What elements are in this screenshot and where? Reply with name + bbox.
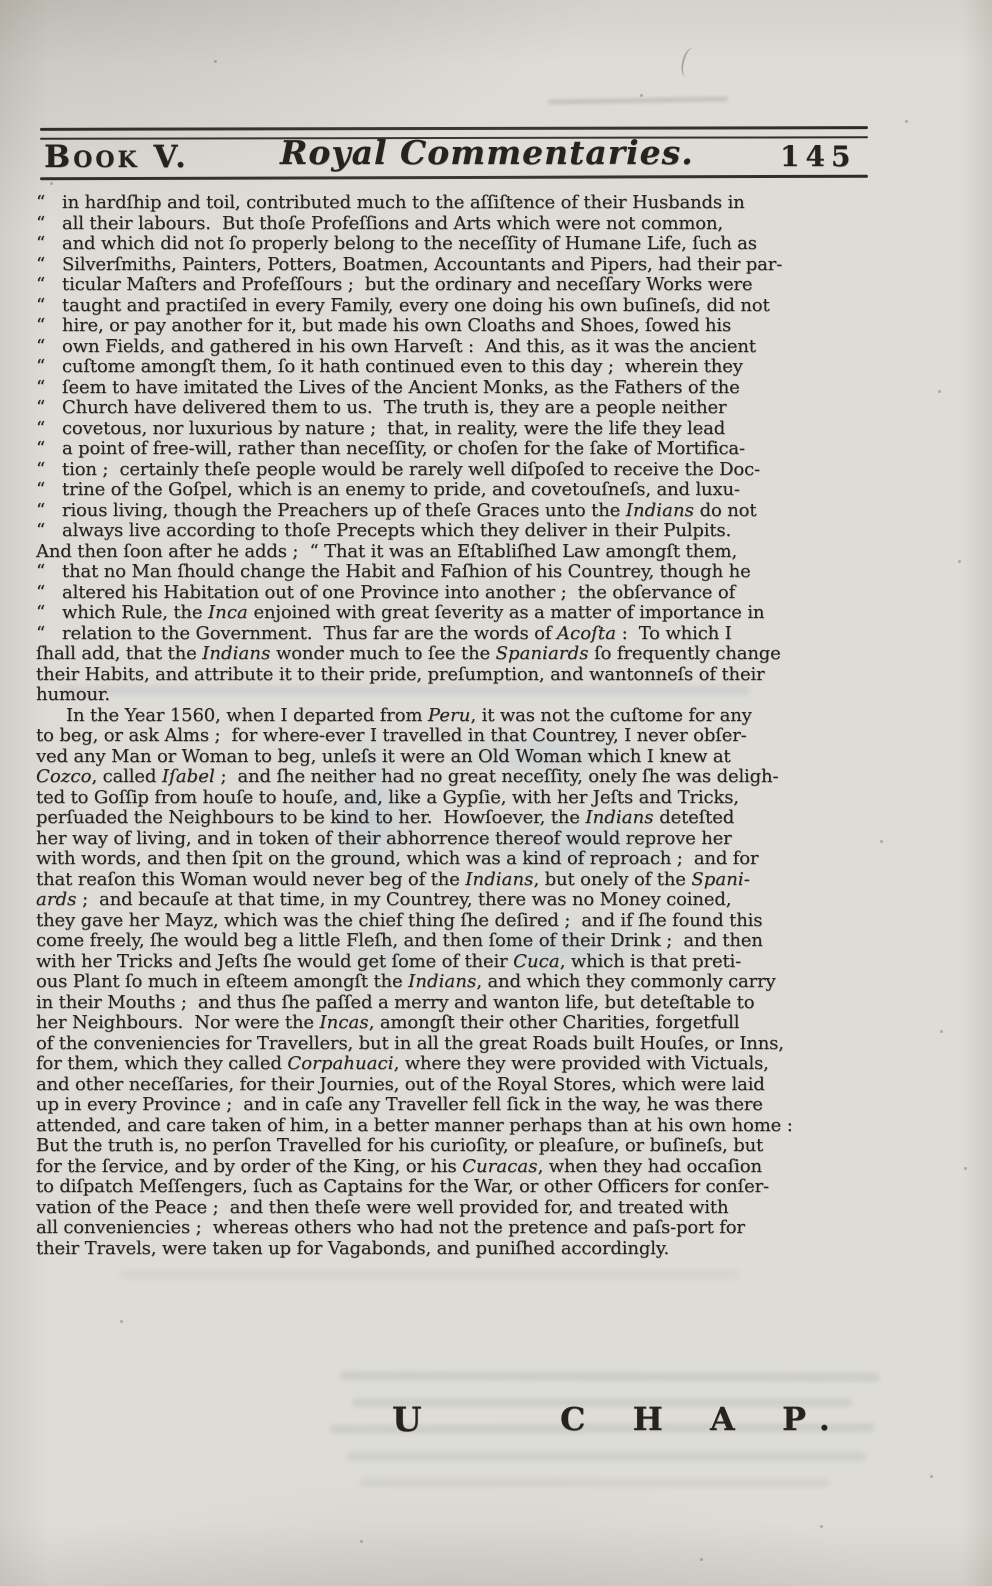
text-line: ted to Goſſip from houſe to houſe, and, … <box>36 788 806 809</box>
text-line: ſhall add, that the Indians wonder much … <box>36 644 806 665</box>
quote-mark: “ <box>36 255 62 276</box>
bleedthrough-line <box>346 1452 866 1461</box>
line-text: their Travels, were taken up for Vagabon… <box>36 1238 669 1259</box>
line-text: to beg, or ask Alms ; for where-ever I t… <box>36 725 747 746</box>
text-line: But the truth is, no perſon Travelled fo… <box>36 1136 806 1157</box>
text-line: that reaſon this Woman would never beg o… <box>36 870 806 891</box>
page-number: 145 <box>780 140 856 173</box>
line-text: altered his Habitation out of one Provin… <box>62 582 735 603</box>
line-text: with her Tricks and Jeſts ſhe would get … <box>36 951 741 972</box>
paper-speck <box>214 60 217 63</box>
line-text: her Neighbours. Nor were the Incas, amon… <box>36 1012 739 1033</box>
quote-mark: “ <box>36 214 62 235</box>
line-text: that reaſon this Woman would never beg o… <box>36 869 750 890</box>
line-text: ous Plant ſo much in eſteem amongſt the … <box>36 971 776 992</box>
quote-mark: “ <box>36 624 62 645</box>
quote-mark: “ <box>36 275 62 296</box>
paper-speck <box>930 1475 933 1478</box>
text-line: “that no Man ſhould change the Habit and… <box>36 562 806 583</box>
text-line: “hire, or pay another for it, but made h… <box>36 316 806 337</box>
text-line: “Silverſmiths, Painters, Potters, Boatme… <box>36 255 806 276</box>
line-text: in hardſhip and toil, contributed much t… <box>62 192 745 213</box>
text-line: to beg, or ask Alms ; for where-ever I t… <box>36 726 806 747</box>
bleedthrough-line <box>360 1478 830 1487</box>
line-text: ſeem to have imitated the Lives of the A… <box>62 377 740 398</box>
running-title: Royal Commentaries. <box>280 133 694 172</box>
text-line: humour. <box>36 685 806 706</box>
line-text: ards ; and becauſe at that time, in my C… <box>36 889 731 910</box>
paper-speck <box>880 840 883 843</box>
text-line: to diſpatch Meſſengers, ſuch as Captains… <box>36 1177 806 1198</box>
line-text: ted to Goſſip from houſe to houſe, and, … <box>36 787 739 808</box>
paper-speck <box>958 560 961 563</box>
line-text: for the ſervice, and by order of the Kin… <box>36 1156 762 1177</box>
text-line: “relation to the Government. Thus far ar… <box>36 624 806 645</box>
line-text: that no Man ſhould change the Habit and … <box>62 561 751 582</box>
pen-mark <box>679 46 704 79</box>
quote-mark: “ <box>36 501 62 522</box>
quote-mark: “ <box>36 193 62 214</box>
line-text: with words, and then ſpit on the ground,… <box>36 848 758 869</box>
line-text: and which did not ſo properly belong to … <box>62 233 757 254</box>
text-line: their Habits, and attribute it to their … <box>36 665 806 686</box>
text-line: up in every Province ; and in caſe any T… <box>36 1095 806 1116</box>
paper-speck <box>50 182 53 185</box>
line-text: cuſtome amongſt them, ſo it hath continu… <box>62 356 743 377</box>
text-line: come freely, ſhe would beg a little Fleſ… <box>36 931 806 952</box>
text-line: “taught and practiſed in every Family, e… <box>36 296 806 317</box>
text-line: In the Year 1560, when I departed from P… <box>36 706 806 727</box>
bleedthrough-line <box>340 1371 880 1382</box>
text-line: “altered his Habitation out of one Provi… <box>36 583 806 604</box>
text-line: and other neceſſaries, for their Journie… <box>36 1075 806 1096</box>
line-text: In the Year 1560, when I departed from P… <box>66 705 752 726</box>
line-text: a point of free-will, rather than neceſſ… <box>62 438 745 459</box>
quote-mark: “ <box>36 398 62 419</box>
line-text: their Habits, and attribute it to their … <box>36 664 765 685</box>
line-text: humour. <box>36 684 110 705</box>
line-text: taught and practiſed in every Family, ev… <box>62 295 770 316</box>
quote-mark: “ <box>36 460 62 481</box>
line-text: attended, and care taken of him, in a be… <box>36 1115 793 1136</box>
text-line: “own Fields, and gathered in his own Har… <box>36 337 806 358</box>
text-line: attended, and care taken of him, in a be… <box>36 1116 806 1137</box>
line-text: ved any Man or Woman to beg, unleſs it w… <box>36 746 731 767</box>
quote-mark: “ <box>36 337 62 358</box>
signature-mark: U <box>392 1400 422 1440</box>
line-text: Cozco, called Iſabel ; and ſhe neither h… <box>36 766 778 787</box>
line-text: covetous, nor luxurious by nature ; that… <box>62 418 725 439</box>
text-line: ved any Man or Woman to beg, unleſs it w… <box>36 747 806 768</box>
line-text: rious living, though the Preachers up of… <box>62 500 756 521</box>
quote-mark: “ <box>36 357 62 378</box>
line-text: own Fields, and gathered in his own Harv… <box>62 336 756 357</box>
line-text: they gave her Mayz, which was the chief … <box>36 910 762 931</box>
header-rule-bottom <box>40 175 868 181</box>
line-text: trine of the Goſpel, which is an enemy t… <box>62 479 740 500</box>
line-text: which Rule, the Inca enjoined with great… <box>62 602 764 623</box>
line-text: And then ſoon after he adds ; “ That it … <box>36 541 737 562</box>
paper-speck <box>640 94 643 97</box>
text-line: “cuſtome amongſt them, ſo it hath contin… <box>36 357 806 378</box>
text-line: “all their labours. But thoſe Profeſſion… <box>36 214 806 235</box>
text-line: “trine of the Goſpel, which is an enemy … <box>36 480 806 501</box>
text-line: with words, and then ſpit on the ground,… <box>36 849 806 870</box>
quote-mark: “ <box>36 521 62 542</box>
bleedthrough-line <box>120 1270 740 1279</box>
line-text: Silverſmiths, Painters, Potters, Boatmen… <box>62 254 782 275</box>
quote-mark: “ <box>36 234 62 255</box>
paper-speck <box>938 390 941 393</box>
line-text: vation of the Peace ; and then theſe wer… <box>36 1197 728 1218</box>
text-line: her way of living, and in token of their… <box>36 829 806 850</box>
text-line: for the ſervice, and by order of the Kin… <box>36 1157 806 1178</box>
line-text: her way of living, and in token of their… <box>36 828 732 849</box>
text-line: of the conveniencies for Travellers, but… <box>36 1034 806 1055</box>
text-line: “Church have delivered them to us. The t… <box>36 398 806 419</box>
line-text: in their Mouths ; and thus ſhe paſſed a … <box>36 992 754 1013</box>
quote-mark: “ <box>36 378 62 399</box>
text-line: ards ; and becauſe at that time, in my C… <box>36 890 806 911</box>
paper-speck <box>700 1558 703 1561</box>
line-text: ſhall add, that the Indians wonder much … <box>36 643 781 664</box>
text-line: And then ſoon after he adds ; “ That it … <box>36 542 806 563</box>
line-text: tion ; certainly theſe people would be r… <box>62 459 760 480</box>
line-text: for them, which they called Corpahuaci, … <box>36 1053 769 1074</box>
line-text: ticular Maſters and Profeſſours ; but th… <box>62 274 752 295</box>
text-line: for them, which they called Corpahuaci, … <box>36 1054 806 1075</box>
line-text: of the conveniencies for Travellers, but… <box>36 1033 784 1054</box>
quote-mark: “ <box>36 419 62 440</box>
text-line: “always live according to thoſe Precepts… <box>36 521 806 542</box>
line-text: relation to the Government. Thus far are… <box>62 623 732 644</box>
quote-mark: “ <box>36 316 62 337</box>
line-text: always live according to thoſe Precepts … <box>62 520 731 541</box>
line-text: come freely, ſhe would beg a little Fleſ… <box>36 930 763 951</box>
text-line: “ticular Maſters and Profeſſours ; but t… <box>36 275 806 296</box>
text-line: “a point of free-will, rather than neceſ… <box>36 439 806 460</box>
line-text: and other neceſſaries, for their Journie… <box>36 1074 765 1095</box>
line-text: But the truth is, no perſon Travelled fo… <box>36 1135 763 1156</box>
line-text: to diſpatch Meſſengers, ſuch as Captains… <box>36 1176 769 1197</box>
quote-mark: “ <box>36 439 62 460</box>
line-text: Church have delivered them to us. The tr… <box>62 397 726 418</box>
paper-speck <box>964 1167 967 1170</box>
body-text: “in hardſhip and toil, contributed much … <box>36 193 806 1259</box>
text-line: “ſeem to have imitated the Lives of the … <box>36 378 806 399</box>
paper-speck <box>360 1540 363 1543</box>
header-rule-top-outer <box>40 126 868 131</box>
text-line: perſuaded the Neighbours to be kind to h… <box>36 808 806 829</box>
text-line: her Neighbours. Nor were the Incas, amon… <box>36 1013 806 1034</box>
line-text: perſuaded the Neighbours to be kind to h… <box>36 807 734 828</box>
text-line: “which Rule, the Inca enjoined with grea… <box>36 603 806 624</box>
quote-mark: “ <box>36 480 62 501</box>
text-line: in their Mouths ; and thus ſhe paſſed a … <box>36 993 806 1014</box>
text-line: “covetous, nor luxurious by nature ; tha… <box>36 419 806 440</box>
line-text: up in every Province ; and in caſe any T… <box>36 1094 763 1115</box>
quote-mark: “ <box>36 296 62 317</box>
paper-speck <box>820 1525 823 1528</box>
quote-mark: “ <box>36 562 62 583</box>
catchword: C H A P. <box>560 1400 848 1438</box>
line-text: hire, or pay another for it, but made hi… <box>62 315 731 336</box>
text-line: Cozco, called Iſabel ; and ſhe neither h… <box>36 767 806 788</box>
text-line: ous Plant ſo much in eſteem amongſt the … <box>36 972 806 993</box>
text-line: all conveniencies ; whereas others who h… <box>36 1218 806 1239</box>
text-line: with her Tricks and Jeſts ſhe would get … <box>36 952 806 973</box>
text-line: “and which did not ſo properly belong to… <box>36 234 806 255</box>
line-text: all their labours. But thoſe Profeſſions… <box>62 213 723 234</box>
paper-speck <box>940 1030 943 1033</box>
text-line: “in hardſhip and toil, contributed much … <box>36 193 806 214</box>
quote-mark: “ <box>36 603 62 624</box>
text-line: “rious living, though the Preachers up o… <box>36 501 806 522</box>
scan-artifact <box>548 96 728 104</box>
text-line: their Travels, were taken up for Vagabon… <box>36 1239 806 1260</box>
line-text: all conveniencies ; whereas others who h… <box>36 1217 745 1238</box>
text-line: they gave her Mayz, which was the chief … <box>36 911 806 932</box>
quote-mark: “ <box>36 583 62 604</box>
book-label: Book V. <box>44 139 189 175</box>
paper-speck <box>120 1320 123 1323</box>
paper-speck <box>905 120 908 123</box>
text-line: vation of the Peace ; and then theſe wer… <box>36 1198 806 1219</box>
text-line: “tion ; certainly theſe people would be … <box>36 460 806 481</box>
